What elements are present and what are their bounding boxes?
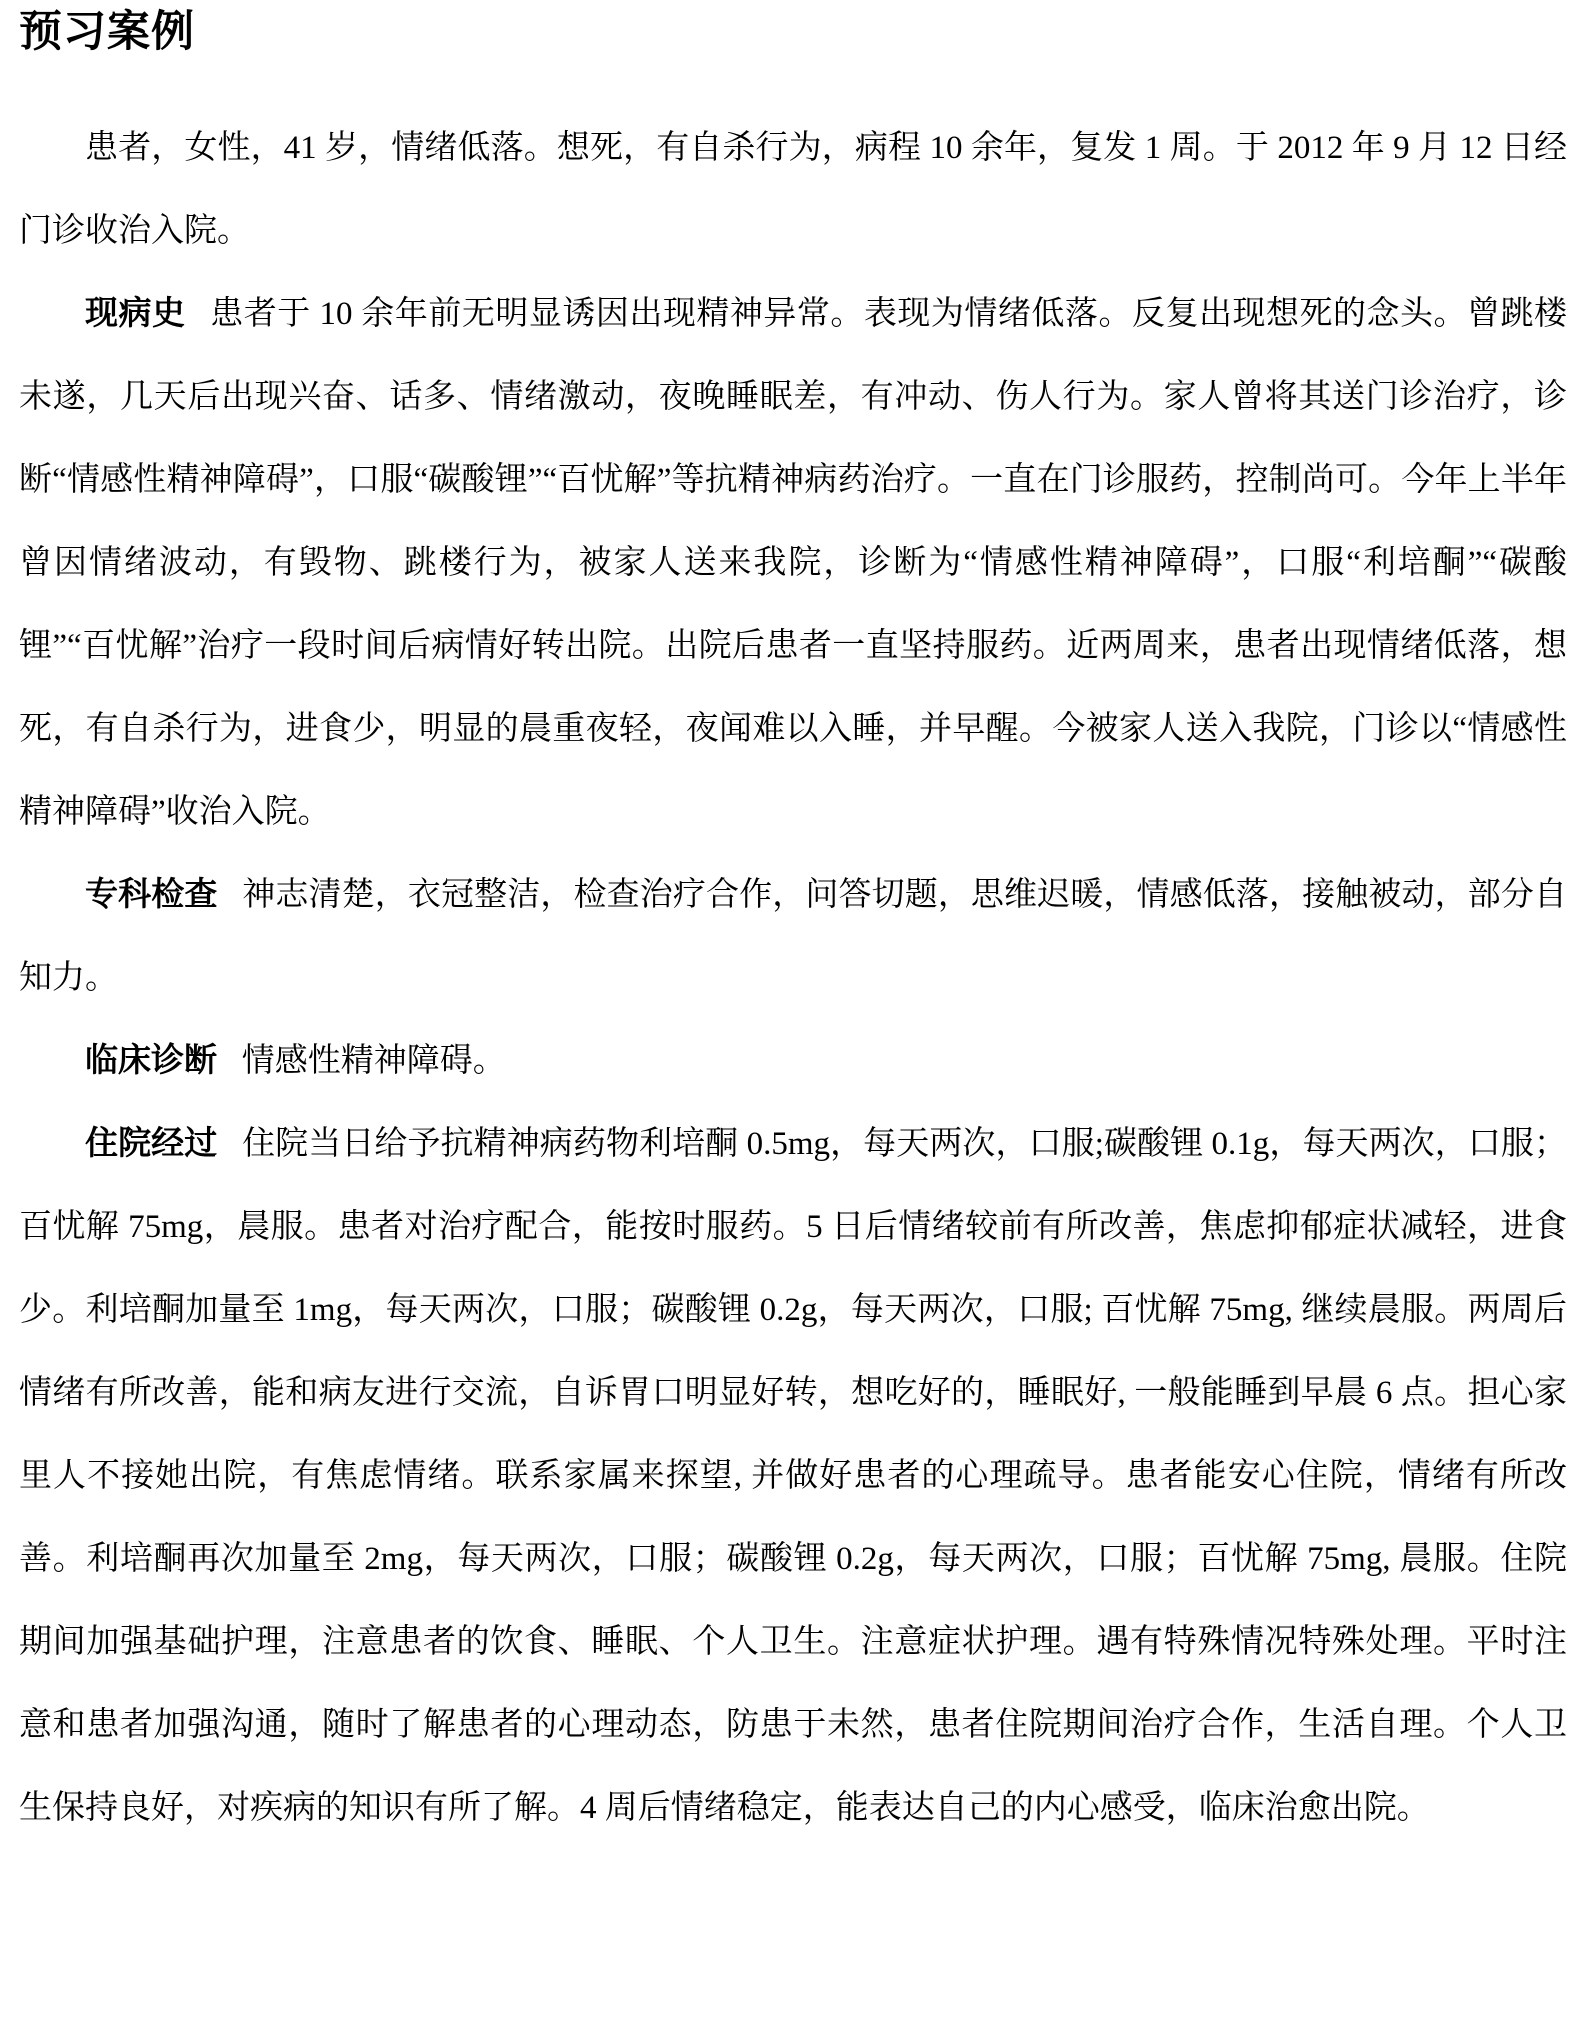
- paragraph-text: 患者，女性，41 岁，情绪低落。想死，有自杀行为，病程 10 余年，复发 1 周…: [19, 130, 1567, 249]
- page-title: 预习案例: [19, 8, 1567, 57]
- paragraph-present-illness: 现病史患者于 10 余年前无明显诱因出现精神异常。表现为情绪低落。反复出现想死的…: [19, 273, 1567, 854]
- paragraph-label: 住院经过: [85, 1126, 217, 1162]
- paragraph-specialist-exam: 专科检查神志清楚，衣冠整洁，检查治疗合作，问答切题，思维迟暖，情感低落，接触被动…: [19, 854, 1567, 1020]
- paragraph-clinical-diagnosis: 临床诊断情感性精神障碍。: [19, 1020, 1567, 1103]
- paragraph-text: 患者于 10 余年前无明显诱因出现精神异常。表现为情绪低落。反复出现想死的念头。…: [19, 296, 1567, 830]
- paragraph-label: 专科检查: [85, 877, 218, 913]
- paragraph-text: 住院当日给予抗精神病药物利培酮 0.5mg，每天两次，口服;碳酸锂 0.1g，每…: [19, 1126, 1567, 1826]
- paragraph-text: 神志清楚，衣冠整洁，检查治疗合作，问答切题，思维迟暖，情感低落，接触被动，部分自…: [19, 877, 1567, 996]
- paragraph-label: 临床诊断: [85, 1043, 217, 1079]
- paragraph-intro: 患者，女性，41 岁，情绪低落。想死，有自杀行为，病程 10 余年，复发 1 周…: [19, 107, 1567, 273]
- paragraph-text: 情感性精神障碍。: [242, 1043, 506, 1079]
- paragraph-hospital-course: 住院经过住院当日给予抗精神病药物利培酮 0.5mg，每天两次，口服;碳酸锂 0.…: [19, 1103, 1567, 1850]
- paragraph-label: 现病史: [85, 296, 186, 332]
- document-page: 预习案例 患者，女性，41 岁，情绪低落。想死，有自杀行为，病程 10 余年，复…: [0, 0, 1587, 2017]
